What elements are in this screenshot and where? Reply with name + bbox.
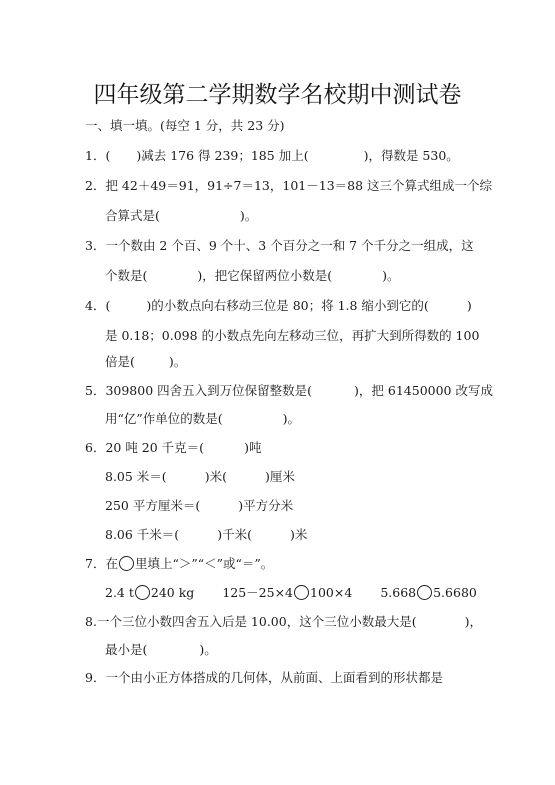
- question-6-cont: 250 平方厘米＝()平方分米: [105, 498, 293, 514]
- question-5: 5．309800 四舍五入到万位保留整数是()，把 61450000 改写成: [85, 383, 493, 399]
- compare-circle[interactable]: [294, 585, 309, 600]
- question-6-cont: 8.06 千米＝()千米()米: [105, 527, 307, 543]
- question-1: 1．()减去 176 得 239；185 加上()，得数是 530。: [85, 148, 459, 164]
- question-3-cont: 个数是()，把它保留两位小数是()。: [105, 268, 400, 284]
- section-heading: 一、填一填。(每空 1 分，共 23 分): [85, 118, 285, 134]
- question-8: 8.一个三位小数四舍五入后是 10.00，这个三位小数最大是()，: [85, 614, 482, 630]
- compare-circle[interactable]: [135, 585, 150, 600]
- question-8-cont: 最小是()。: [105, 642, 217, 658]
- question-number: 3．: [85, 238, 105, 253]
- page-title: 四年级第二学期数学名校期中测试卷: [0, 76, 555, 109]
- question-5-cont: 用“亿”作单位的数是()。: [105, 411, 300, 427]
- question-number: 2．: [85, 178, 105, 193]
- question-7-comparisons: 2.4 t240 kg125－25×4100×45.6685.6680: [105, 585, 477, 601]
- question-4-cont: 是 0.18；0.098 的小数点先向左移动三位，再扩大到所得数的 100: [105, 328, 479, 344]
- question-number: 9．: [85, 670, 105, 685]
- question-2: 2．把 42＋49＝91，91÷7＝13，101－13＝88 这三个算式组成一个…: [85, 178, 492, 194]
- question-number: 5．: [85, 383, 105, 398]
- question-6: 6．20 吨 20 千克＝()吨: [85, 440, 261, 456]
- question-number: 1．: [85, 148, 105, 163]
- question-7: 7．在里填上“＞”“＜”或“＝”。: [85, 556, 273, 572]
- question-number: 7．: [85, 556, 105, 571]
- question-3: 3．一个数由 2 个百、9 个十、3 个百分之一和 7 个千分之一组成，这: [85, 238, 474, 254]
- question-number: 6．: [85, 440, 105, 455]
- question-6-cont: 8.05 米＝()米()厘米: [105, 469, 295, 485]
- question-4: 4．()的小数点向右移动三位是 80；将 1.8 缩小到它的(): [85, 298, 472, 314]
- question-4-cont: 倍是()。: [105, 354, 186, 370]
- circle-blank-icon: [119, 556, 134, 571]
- question-number: 4．: [85, 298, 105, 313]
- question-number: 8.: [85, 614, 97, 629]
- compare-circle[interactable]: [417, 585, 432, 600]
- question-9: 9．一个由小正方体搭成的几何体，从前面、上面看到的形状都是: [85, 670, 443, 686]
- question-2-cont: 合算式是()。: [105, 208, 257, 224]
